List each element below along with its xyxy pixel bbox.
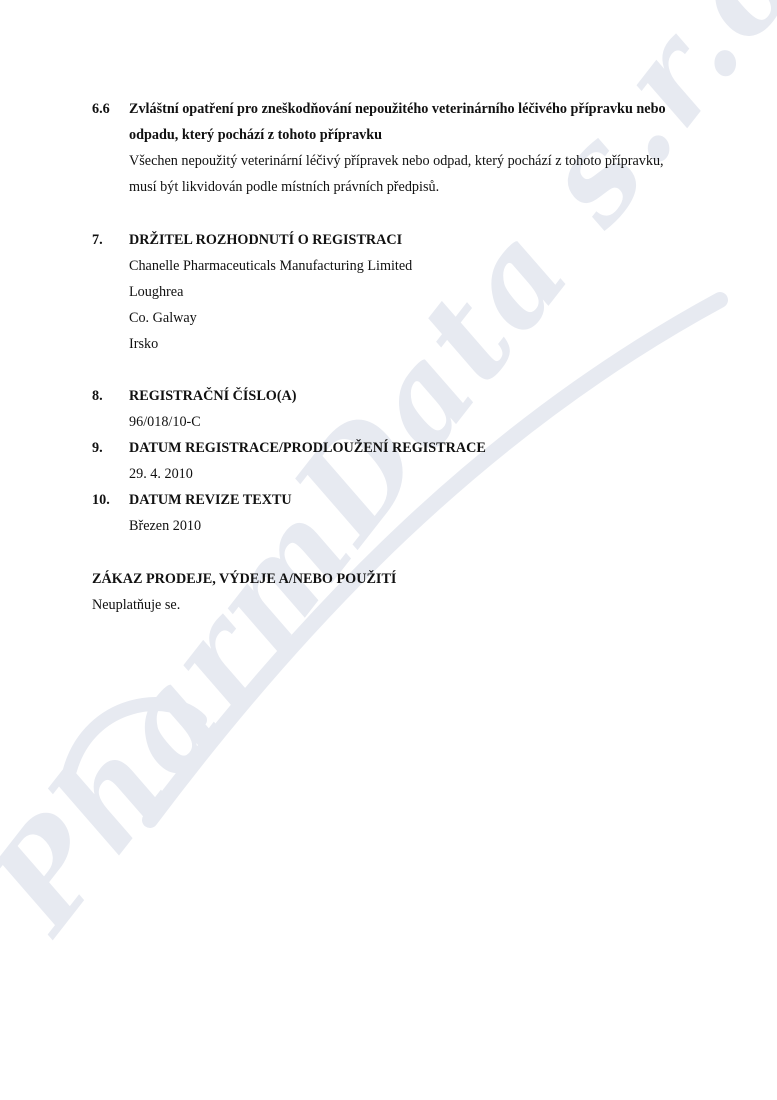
section-6-6-title-line-2: odpadu, který pochází z tohoto přípravku (129, 126, 382, 144)
section-10-title: DATUM REVIZE TEXTU (129, 491, 292, 509)
section-9-number: 9. (92, 439, 103, 457)
holder-country: Irsko (129, 335, 158, 353)
holder-town: Loughrea (129, 283, 183, 301)
section-10-number: 10. (92, 491, 110, 509)
revision-date: Březen 2010 (129, 517, 201, 535)
registration-number: 96/018/10-C (129, 413, 201, 431)
prohibition-value: Neuplatňuje se. (92, 596, 180, 614)
section-8-title: REGISTRAČNÍ ČÍSLO(A) (129, 387, 297, 405)
document-page: 6.6 Zvláštní opatření pro zneškodňování … (0, 0, 777, 1100)
registration-date: 29. 4. 2010 (129, 465, 193, 483)
section-8-number: 8. (92, 387, 103, 405)
holder-company: Chanelle Pharmaceuticals Manufacturing L… (129, 257, 412, 275)
holder-county: Co. Galway (129, 309, 197, 327)
section-7-number: 7. (92, 231, 103, 249)
prohibition-title: ZÁKAZ PRODEJE, VÝDEJE A/NEBO POUŽITÍ (92, 570, 396, 588)
section-6-6-number: 6.6 (92, 100, 110, 118)
section-7-title: DRŽITEL ROZHODNUTÍ O REGISTRACI (129, 231, 402, 249)
section-9-title: DATUM REGISTRACE/PRODLOUŽENÍ REGISTRACE (129, 439, 486, 457)
section-6-6-title-line-1: Zvláštní opatření pro zneškodňování nepo… (129, 100, 666, 118)
section-6-6-body-line-2: musí být likvidován podle místních právn… (129, 178, 439, 196)
section-6-6-body-line-1: Všechen nepoužitý veterinární léčivý pří… (129, 152, 664, 170)
